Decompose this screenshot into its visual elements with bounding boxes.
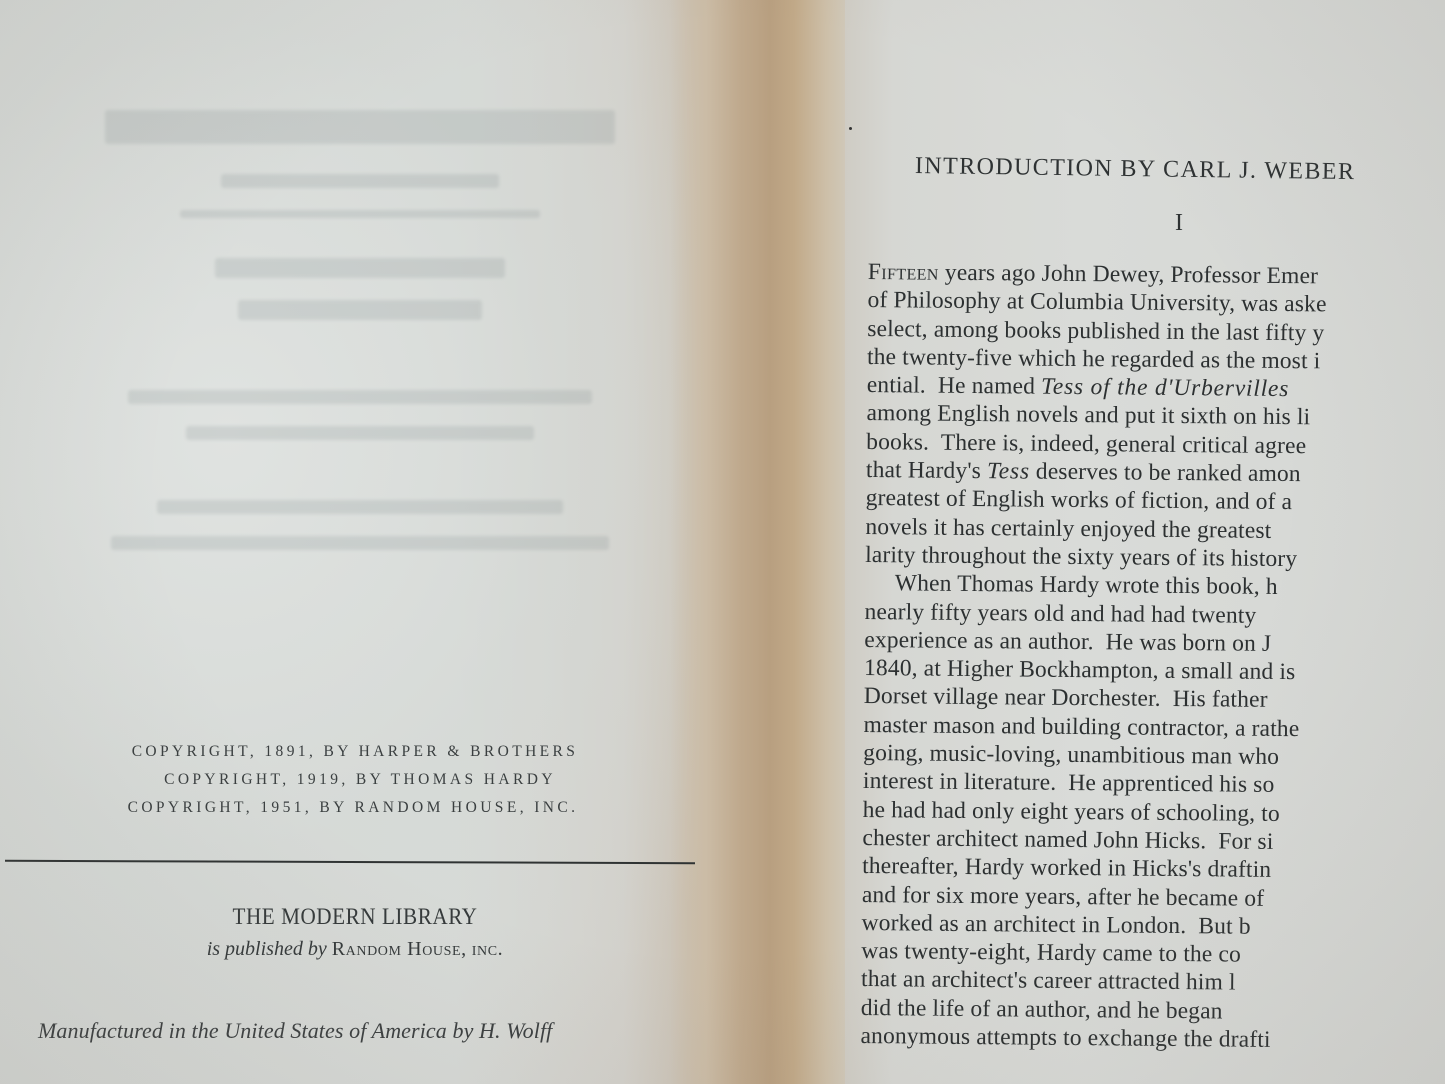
manufactured-notice: Manufactured in the United States of Ame… [38,1018,678,1044]
copyright-line: COPYRIGHT, 1919, BY THOMAS HARDY [80,766,640,794]
line-text-after: deserves to be ranked amon [1030,459,1301,488]
line-text: chester architect named John Hicks. For … [862,825,1273,855]
line-text: the twenty-five which he regarded as the… [867,344,1321,374]
line-text: 1840, at Higher Bockhampton, a small and… [864,655,1296,685]
line-text: When Thomas Hardy wrote this book, h [895,571,1278,601]
published-by-line: is published by Random House, inc. [60,934,650,964]
publisher-name: THE MODERN LIBRARY [84,900,627,934]
line-text: master mason and building contractor, a … [863,712,1299,742]
italic-title: Tess [987,458,1030,484]
line-text: novels it has certainly enjoyed the grea… [865,514,1271,544]
line-text: interest in literature. He apprenticed h… [863,768,1275,798]
line-text: and for six more years, after he became … [862,882,1265,912]
line-text: greatest of English works of fiction, an… [866,485,1293,515]
section-numeral: I [1175,210,1183,237]
line-text: worked as an architect in London. But b [861,910,1250,940]
line-text: that Hardy's [866,457,987,484]
line-text: he had had only eight years of schooling… [863,797,1280,827]
publisher-notice: THE MODERN LIBRARY is published by Rando… [60,900,650,964]
line-text: was twenty-eight, Hardy came to the co [861,938,1241,968]
line-text: experience as an author. He was born on … [864,627,1271,657]
line-text: of Philosophy at Columbia University, wa… [867,287,1326,317]
copyright-line: COPYRIGHT, 1951, BY RANDOM HOUSE, INC. [66,794,640,822]
line-text: nearly fifty years old and had had twent… [864,599,1256,629]
copyright-line: COPYRIGHT, 1891, BY HARPER & BROTHERS [70,738,640,766]
line-text: select, among books published in the las… [867,316,1324,346]
show-through-text [70,110,650,670]
open-book-spread: COPYRIGHT, 1891, BY HARPER & BROTHERS CO… [0,0,1445,1084]
line-text: larity throughout the sixty years of its… [865,542,1297,572]
book-gutter [670,0,870,1084]
line-text: ential. He named [867,372,1042,400]
line-text: going, music-loving, unambitious man who [863,740,1279,770]
line-text: books. There is, indeed, general critica… [866,429,1306,459]
line-text: among English novels and put it sixth on… [866,400,1310,430]
published-by-suffix: inc. [472,938,504,960]
line-text: years ago John Dewey, Professor Emer [939,260,1319,290]
published-by-prefix: is published by [207,938,327,960]
line-text: anonymous attempts to exchange the draft… [860,1023,1270,1053]
line-text: did the life of an author, and he began [861,995,1223,1024]
line-text: that an architect's career attracted him… [861,966,1236,996]
ink-speck [849,127,852,130]
line-text: Dorset village near Dorchester. His fath… [864,683,1268,713]
published-by-house: Random House, [332,938,467,960]
italic-title: Tess of the d'Urbervilles [1041,374,1289,402]
drop-small-caps-word: Fifteen [868,259,939,286]
copyright-notice: COPYRIGHT, 1891, BY HARPER & BROTHERS CO… [70,738,640,822]
introduction-body-text: Fifteen years ago John Dewey, Professor … [860,258,1445,1057]
line-text: thereafter, Hardy worked in Hicks's draf… [862,853,1271,883]
